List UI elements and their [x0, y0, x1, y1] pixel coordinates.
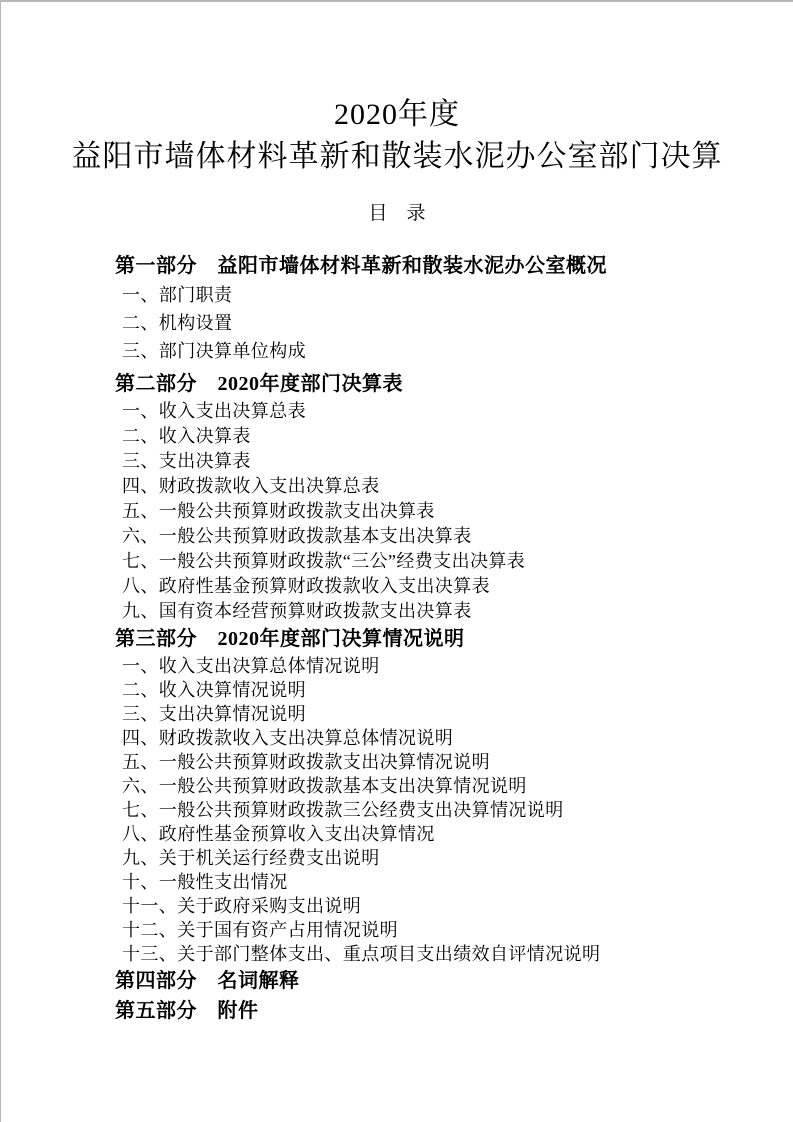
toc-item: 八、政府性基金预算收入支出决算情况 [122, 822, 793, 846]
toc-section-title: 第三部分 2020年度部门决算情况说明 [115, 624, 793, 654]
toc-section: 第二部分 2020年度部门决算表一、收入支出决算总表二、收入决算表三、支出决算表… [1, 369, 793, 624]
toc-item: 十二、关于国有资产占用情况说明 [122, 918, 793, 942]
toc-section-title: 第二部分 2020年度部门决算表 [115, 369, 793, 399]
toc-item: 五、一般公共预算财政拨款支出决算情况说明 [122, 750, 793, 774]
toc-item: 十三、关于部门整体支出、重点项目支出绩效自评情况说明 [122, 942, 793, 966]
toc-section-title: 第一部分 益阳市墙体材料革新和散装水泥办公室概况 [115, 251, 793, 281]
toc-item: 四、财政拨款收入支出决算总表 [122, 474, 793, 499]
toc-item: 九、国有资本经营预算财政拨款支出决算表 [122, 599, 793, 624]
toc-item: 二、收入决算表 [122, 424, 793, 449]
toc-item: 七、一般公共预算财政拨款“三公”经费支出决算表 [122, 549, 793, 574]
toc-item: 六、一般公共预算财政拨款基本支出决算表 [122, 524, 793, 549]
toc-section: 第三部分 2020年度部门决算情况说明一、收入支出决算总体情况说明二、收入决算情… [1, 624, 793, 966]
toc-item: 十、一般性支出情况 [122, 870, 793, 894]
doc-title-line2: 益阳市墙体材料革新和散装水泥办公室部门决算 [1, 136, 793, 178]
toc-item: 二、收入决算情况说明 [122, 678, 793, 702]
document-page: 2020年度 益阳市墙体材料革新和散装水泥办公室部门决算 目 录 第一部分 益阳… [0, 0, 793, 1122]
toc-section: 第一部分 益阳市墙体材料革新和散装水泥办公室概况一、部门职责二、机构设置三、部门… [1, 251, 793, 365]
doc-title-line1: 2020年度 [1, 94, 793, 136]
toc-item: 一、部门职责 [122, 281, 793, 309]
toc-item: 三、支出决算表 [122, 449, 793, 474]
toc-item: 五、一般公共预算财政拨款支出决算表 [122, 499, 793, 524]
toc-heading: 目 录 [1, 200, 793, 228]
toc-item: 八、政府性基金预算财政拨款收入支出决算表 [122, 574, 793, 599]
toc-section: 第五部分 附件 [1, 996, 793, 1026]
toc-section-title: 第四部分 名词解释 [115, 966, 793, 996]
toc-item: 六、一般公共预算财政拨款基本支出决算情况说明 [122, 774, 793, 798]
toc-section: 第四部分 名词解释 [1, 966, 793, 996]
toc-item: 七、一般公共预算财政拨款三公经费支出决算情况说明 [122, 798, 793, 822]
toc-item: 一、收入支出决算总表 [122, 399, 793, 424]
toc-item: 三、部门决算单位构成 [122, 337, 793, 365]
toc-item: 三、支出决算情况说明 [122, 702, 793, 726]
toc-item: 四、财政拨款收入支出决算总体情况说明 [122, 726, 793, 750]
toc-section-title: 第五部分 附件 [115, 996, 793, 1026]
toc-item: 十一、关于政府采购支出说明 [122, 894, 793, 918]
toc-item: 二、机构设置 [122, 309, 793, 337]
title-block: 2020年度 益阳市墙体材料革新和散装水泥办公室部门决算 目 录 [1, 2, 793, 228]
toc-item: 九、关于机关运行经费支出说明 [122, 846, 793, 870]
toc: 第一部分 益阳市墙体材料革新和散装水泥办公室概况一、部门职责二、机构设置三、部门… [1, 251, 793, 1026]
toc-item: 一、收入支出决算总体情况说明 [122, 654, 793, 678]
